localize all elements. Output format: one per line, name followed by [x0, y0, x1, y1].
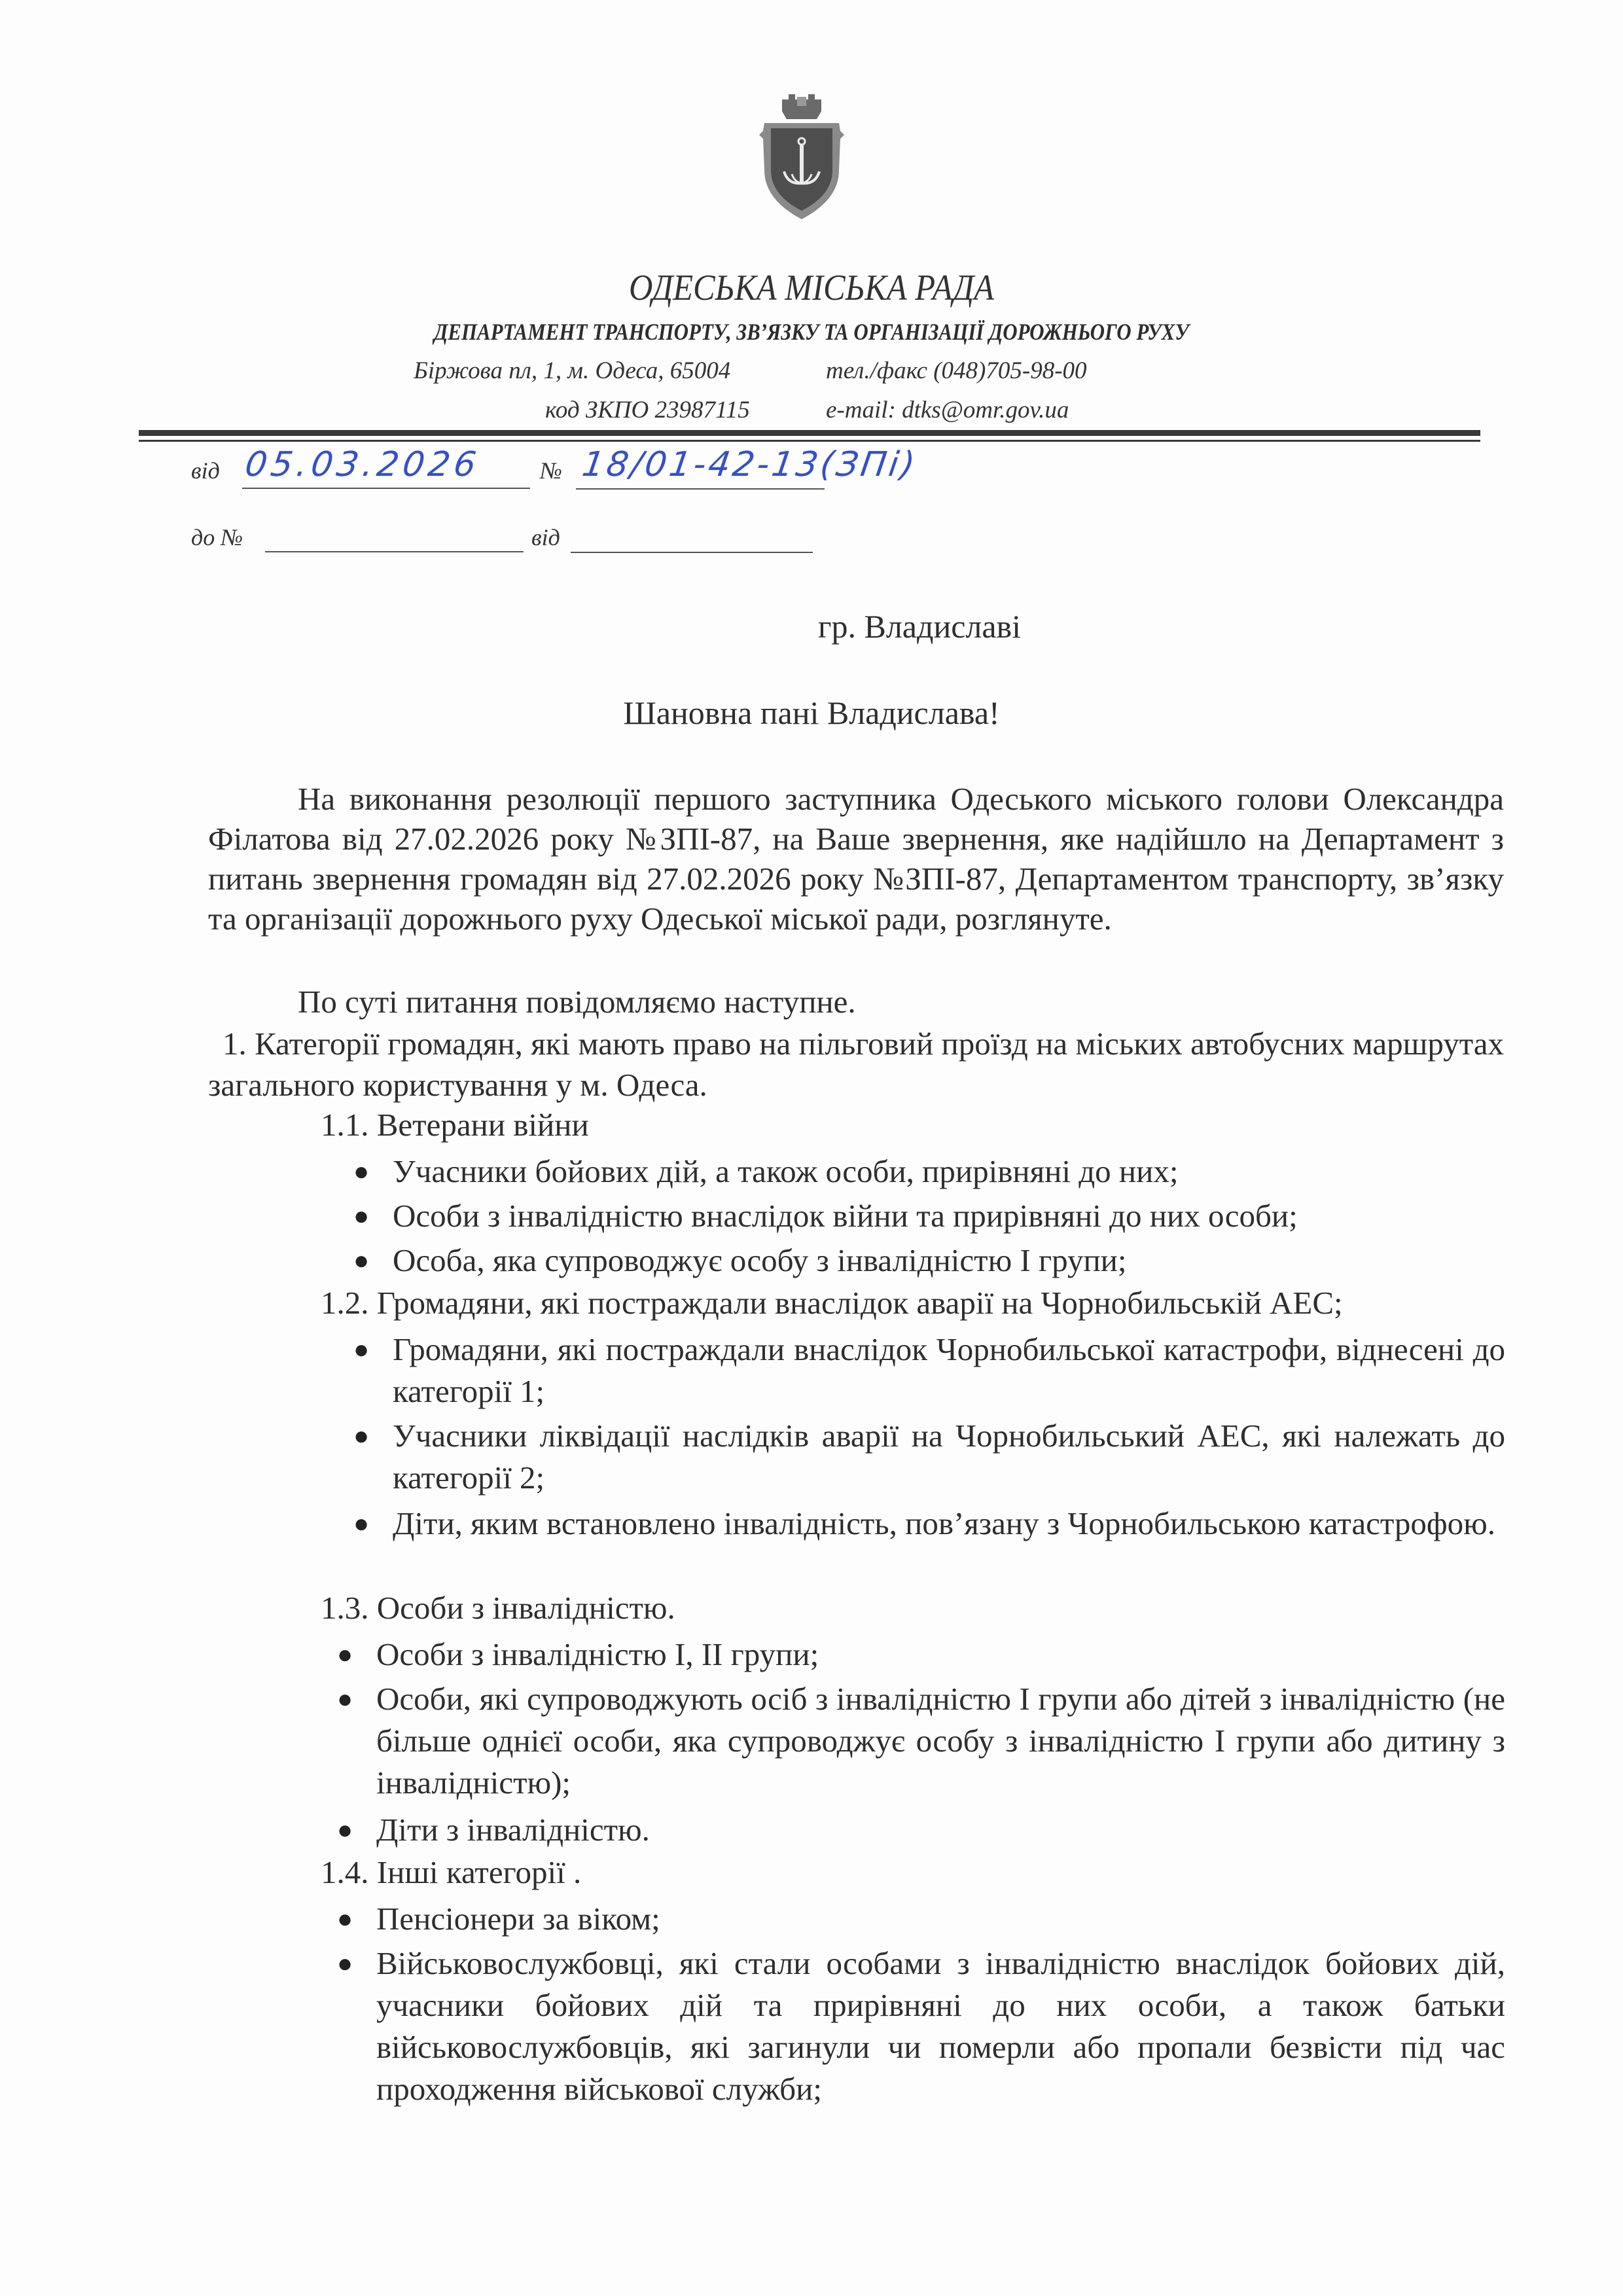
bullet-icon: ● — [353, 1240, 393, 1282]
section-1-text: Категорії громадян, які мають право на п… — [208, 1026, 1504, 1103]
bullet-icon: ● — [353, 1503, 393, 1545]
subsection-title: Інші категорії . — [377, 1854, 581, 1890]
edrpou-code: код ЗКПО 23987115 — [545, 396, 750, 424]
addressee: гр. Владиславі — [818, 607, 1021, 645]
number-label: № — [540, 457, 562, 484]
to-number-line — [265, 551, 524, 552]
bullet-icon: ● — [337, 1898, 376, 1940]
section-1: 1. Категорії громадян, які мають право н… — [208, 1023, 1504, 1105]
subsection-1-1: 1.1. Ветерани війни — [321, 1106, 589, 1143]
subsection-title: Особи з інвалідністю. — [377, 1590, 675, 1626]
section-1-number: 1. — [208, 1026, 247, 1062]
bullet-icon: ● — [337, 1943, 376, 2110]
address: Біржова пл, 1, м. Одеса, 65004 — [414, 357, 730, 385]
subsection-title: Ветерани війни — [377, 1107, 589, 1143]
subsection-number: 1.1. — [321, 1107, 369, 1143]
list-item: ● Громадяни, які постраждали внаслідок Ч… — [353, 1329, 1505, 1412]
list-item: ● Особи з інвалідністю І, ІІ групи; — [337, 1634, 1505, 1676]
list-item: ● Особа, яка супроводжує особу з інвалід… — [353, 1240, 1505, 1282]
header-divider-thin — [139, 440, 1480, 442]
list-item: ● Військовослужбовці, які стали особами … — [337, 1943, 1505, 2110]
letter-page: ОДЕСЬКА МІСЬКА РАДА ДЕПАРТАМЕНТ ТРАНСПОР… — [0, 0, 1623, 2296]
bullet-icon: ● — [337, 1809, 376, 1851]
bullet-icon: ● — [337, 1634, 376, 1676]
intro-paragraph: На виконання резолюції першого заступник… — [208, 779, 1504, 939]
bullet-icon: ● — [353, 1195, 393, 1237]
subsection-1-4: 1.4. Інші категорії . — [321, 1854, 581, 1891]
salutation: Шановна пані Владислава! — [0, 694, 1623, 732]
to-from-label: від — [531, 524, 560, 551]
to-number-label: до № — [191, 524, 243, 551]
list-item: ● Особи, які супроводжують осіб з інвалі… — [337, 1678, 1505, 1804]
bullet-icon: ● — [353, 1415, 393, 1499]
subsection-1-3: 1.3. Особи з інвалідністю. — [321, 1589, 675, 1626]
organization-name: ОДЕСЬКА МІСЬКА РАДА — [81, 267, 1542, 309]
lead-in: По суті питання повідомляємо наступне. — [298, 982, 1476, 1022]
number-value: 18/01-42-13(ЗПі) — [580, 445, 920, 484]
subsection-number: 1.3. — [321, 1590, 369, 1626]
header-divider-thick — [139, 430, 1480, 436]
number-line — [576, 488, 825, 490]
bullet-icon: ● — [337, 1678, 376, 1804]
email: e-mail: dtks@omr.gov.ua — [826, 396, 1069, 424]
list-item: ● Діти, яким встановлено інвалідність, п… — [353, 1503, 1505, 1545]
bullet-icon: ● — [353, 1151, 393, 1193]
odesa-coat-of-arms-icon — [753, 92, 851, 223]
subsection-title: Громадяни, які постраждали внаслідок ава… — [377, 1285, 1343, 1321]
from-date-value: 05.03.2026 — [243, 445, 482, 484]
bullet-icon: ● — [353, 1329, 393, 1412]
list-item: ● Учасники ліквідації наслідків аварії н… — [353, 1415, 1505, 1499]
from-date-line — [242, 488, 530, 489]
department-name: ДЕПАРТАМЕНТ ТРАНСПОРТУ, ЗВ’ЯЗКУ ТА ОРГАН… — [114, 318, 1510, 346]
list-item: ● Пенсіонери за віком; — [337, 1898, 1505, 1940]
subsection-number: 1.2. — [321, 1285, 369, 1321]
from-date-label: від — [191, 457, 220, 484]
list-item: ● Діти з інвалідністю. — [337, 1809, 1505, 1851]
subsection-number: 1.4. — [321, 1854, 369, 1890]
list-item: ● Учасники бойових дій, а також особи, п… — [353, 1151, 1505, 1193]
to-from-line — [571, 552, 813, 553]
subsection-1-2: 1.2. Громадяни, які постраждали внаслідо… — [321, 1284, 1343, 1321]
list-item: ● Особи з інвалідністю внаслідок війни т… — [353, 1195, 1505, 1237]
phone: тел./факс (048)705-98-00 — [826, 357, 1087, 385]
